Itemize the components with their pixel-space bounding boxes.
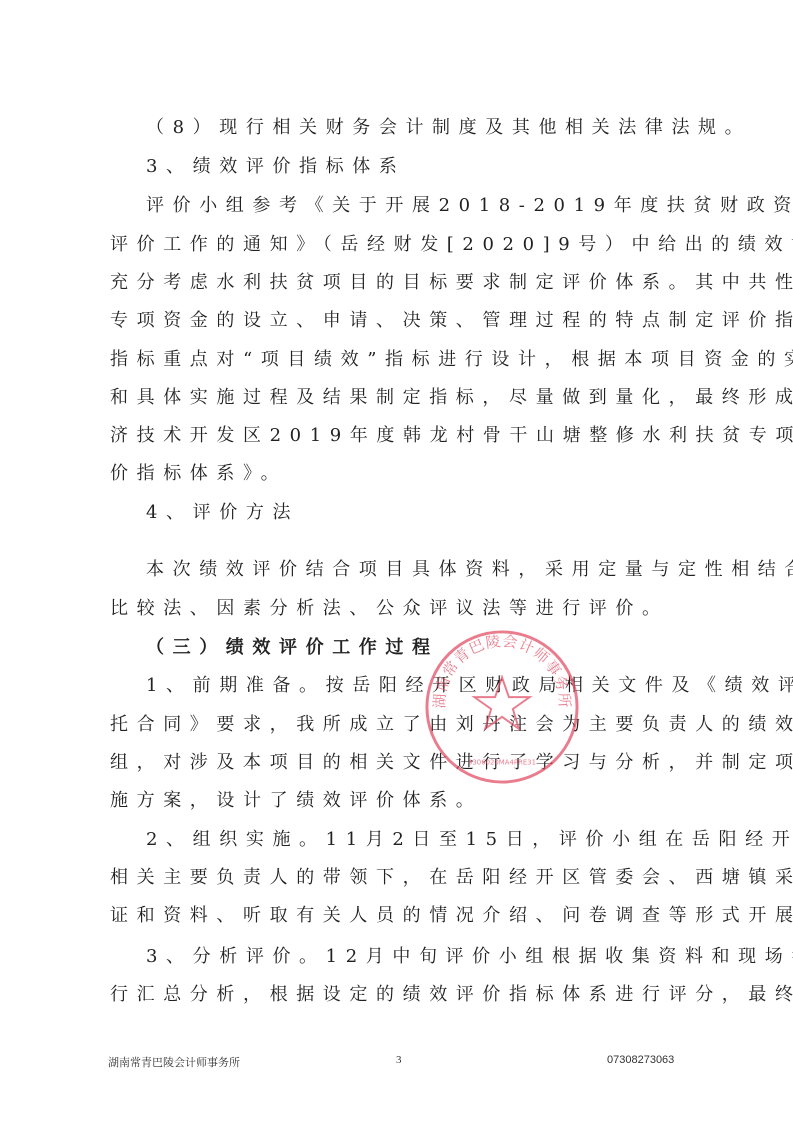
paragraph-line: 托合同》要求，我所成立了由刘丹注会为主要负责人的绩效评价工作 [110,713,682,737]
paragraph-line: 评价小组参考《关于开展2018-2019年度扶贫财政资金重点绩效 [146,194,682,218]
footer-phone: 07308273063 [607,1054,674,1066]
paragraph-line: 充分考虑水利扶贫项目的目标要求制定评价体系。其中共性指标依据 [110,271,682,295]
section-heading: （三）绩效评价工作过程 [146,636,682,660]
paragraph-line: 济技术开发区2019年度韩龙村骨干山塘整修水利扶贫专项资金绩效评 [110,424,682,448]
paragraph-line: 指标重点对“项目绩效”指标进行设计，根据本项目资金的实际情况 [110,348,682,372]
footer-firm-name: 湖南常青巴陵会计师事务所 [108,1054,240,1070]
paragraph-line: 2、组织实施。11月2日至15日，评价小组在岳阳经开区财政局 [146,828,682,852]
paragraph-line: 相关主要负责人的带领下，在岳阳经开区管委会、西塘镇采取查阅凭 [110,866,682,890]
paragraph-line: 专项资金的设立、申请、决策、管理过程的特点制定评价指标；个性 [110,309,682,333]
paragraph-line: 行汇总分析，根据设定的绩效评价指标体系进行评分，最终形成综合 [110,983,682,1007]
paragraph-line: （8）现行相关财务会计制度及其他相关法律法规。 [146,116,682,140]
document-page: （8）现行相关财务会计制度及其他相关法律法规。3、绩效评价指标体系评价小组参考《… [0,0,793,1121]
paragraph-line: 施方案，设计了绩效评价体系。 [110,789,682,813]
paragraph-line: 1、前期准备。按岳阳经开区财政局相关文件及《绩效评价业务委 [146,674,682,698]
paragraph-line: 比较法、因素分析法、公众评议法等进行评价。 [110,597,682,621]
footer-page-number: 3 [396,1054,402,1066]
paragraph-line: 和具体实施过程及结果制定指标，尽量做到量化，最终形成《岳阳经 [110,386,682,410]
paragraph-line: 评价工作的通知》（岳经财发[2020]9号）中给出的绩效评价指标体系， [110,233,682,257]
paragraph-line: 组，对涉及本项目的相关文件进行了学习与分析，并制定项目评价实 [110,751,682,775]
paragraph-line: 证和资料、听取有关人员的情况介绍、问卷调查等形式开展现场考评。 [110,904,682,928]
paragraph-line: 本次绩效评价结合项目具体资料，采用定量与定性相结合、运用 [146,558,682,582]
paragraph-line: 3、绩效评价指标体系 [146,155,682,179]
paragraph-line: 价指标体系》。 [110,462,682,486]
paragraph-line: 3、分析评价。12月中旬评价小组根据收集资料和现场考评情况进 [146,945,682,969]
paragraph-line: 4、评价方法 [146,501,682,525]
